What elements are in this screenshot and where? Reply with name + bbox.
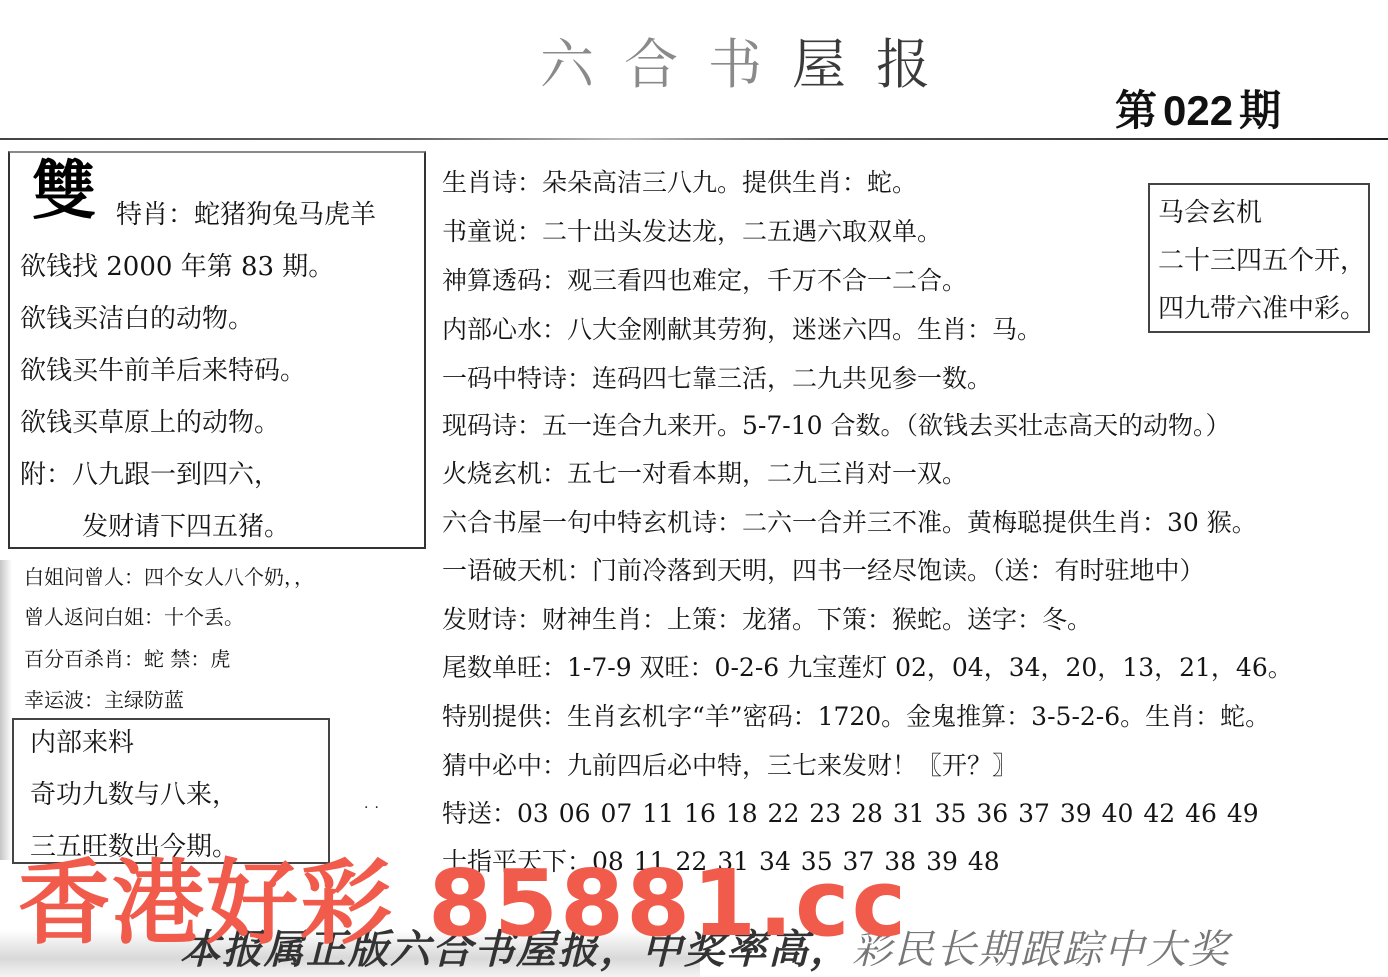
issue-number: 第022期 [1115,78,1281,138]
book-boy-line: 书童说：二十出头发达龙，二五遇六取双单。 [442,217,942,247]
riddle-line: 欲钱买牛前羊后来特码。 [20,356,306,386]
riddle-line: 欲钱买草原上的动物。 [20,408,280,438]
note-line: 幸运波：主绿防蓝 [24,688,184,712]
internal-box-line: 奇功九数与八来， [30,780,238,810]
fire-mystery-line: 火烧玄机：五七一对看本期，二九三肖对一双。 [442,459,967,489]
tail-number-line: 尾数单旺：1-7-9 双旺：0-2-6 九宝莲灯 02，04，34，20，13，… [442,653,1293,683]
one-phrase-line: 一语破天机：门前冷落到天明，四书一经尽饱读。（送：有时驻地中） [442,556,1205,586]
issue-prefix: 第 [1115,86,1157,135]
horse-box-title: 马会玄机 [1158,198,1262,228]
appendix-line: 发财请下四五猪。 [82,512,290,542]
footer-slogan-light: 彩民长期跟踪中大奖 [852,927,1230,973]
note-line: 曾人返问白姐：十个丢。 [24,605,244,629]
note-line: 百分百杀肖：蛇 禁：虎 [24,647,230,671]
issue-num: 022 [1163,87,1233,134]
riddle-line: 欲钱买洁白的动物。 [20,304,254,334]
horse-box-line: 四九带六准中彩。 [1158,294,1366,324]
header-rule [0,138,1388,140]
note-line: 白姐问曾人：四个女人八个奶，， [24,565,314,589]
inside-tip-line: 内部心水：八大金刚献其劳狗，迷迷六四。生肖：马。 [442,315,1042,345]
fortune-poem-line: 发财诗：财神生肖：上策：龙猪。下策：猴蛇。送字：冬。 [442,605,1092,635]
guess-line: 猜中必中：九前四后必中特，三七来发财！〖开？〗 [442,751,1017,781]
bookhouse-poem-line: 六合书屋一句中特玄机诗：二六一合并三不准。黄梅聪提供生肖：30 猴。 [442,508,1257,538]
zodiac-poem-line: 生肖诗：朵朵高洁三八九。提供生肖：蛇。 [442,168,917,198]
divine-code-line: 神算透码：观三看四也难定，千万不合一二合。 [442,266,967,296]
special-numbers-line: 特送：03 06 07 11 16 18 22 23 28 31 35 36 3… [442,799,1259,829]
title-light: 六合书 [540,33,792,96]
newspaper-title: 六合书屋报 [540,22,960,99]
riddle-line: 欲钱找 2000 年第 83 期。 [20,252,334,282]
special-zodiac-line: 特肖：蛇猪狗兔马虎羊 [116,200,376,230]
horse-box-line: 二十三四五个开， [1158,246,1366,276]
watermark-text: 香港好彩 85881.cc [18,858,908,950]
internal-box-title: 内部来料 [30,728,134,758]
issue-suffix: 期 [1239,86,1281,135]
special-offer-line: 特别提供：生肖玄机字“羊”密码：1720。金鬼推算：3-5-2-6。生肖：蛇。 [442,702,1270,732]
scan-shadow [0,560,12,860]
one-code-poem-line: 一码中特诗：连码四七靠三活，二九共见参一数。 [442,364,992,394]
double-char-emblem: 雙 [32,160,96,224]
decorative-dots: ·· [364,800,385,816]
appendix-line: 附：八九跟一到四六， [20,460,280,490]
title-dark: 屋报 [792,33,960,96]
current-code-poem-line: 现码诗：五一连合九来开。5-7-10 合数。（欲钱去买壮志高天的动物。） [442,411,1230,441]
